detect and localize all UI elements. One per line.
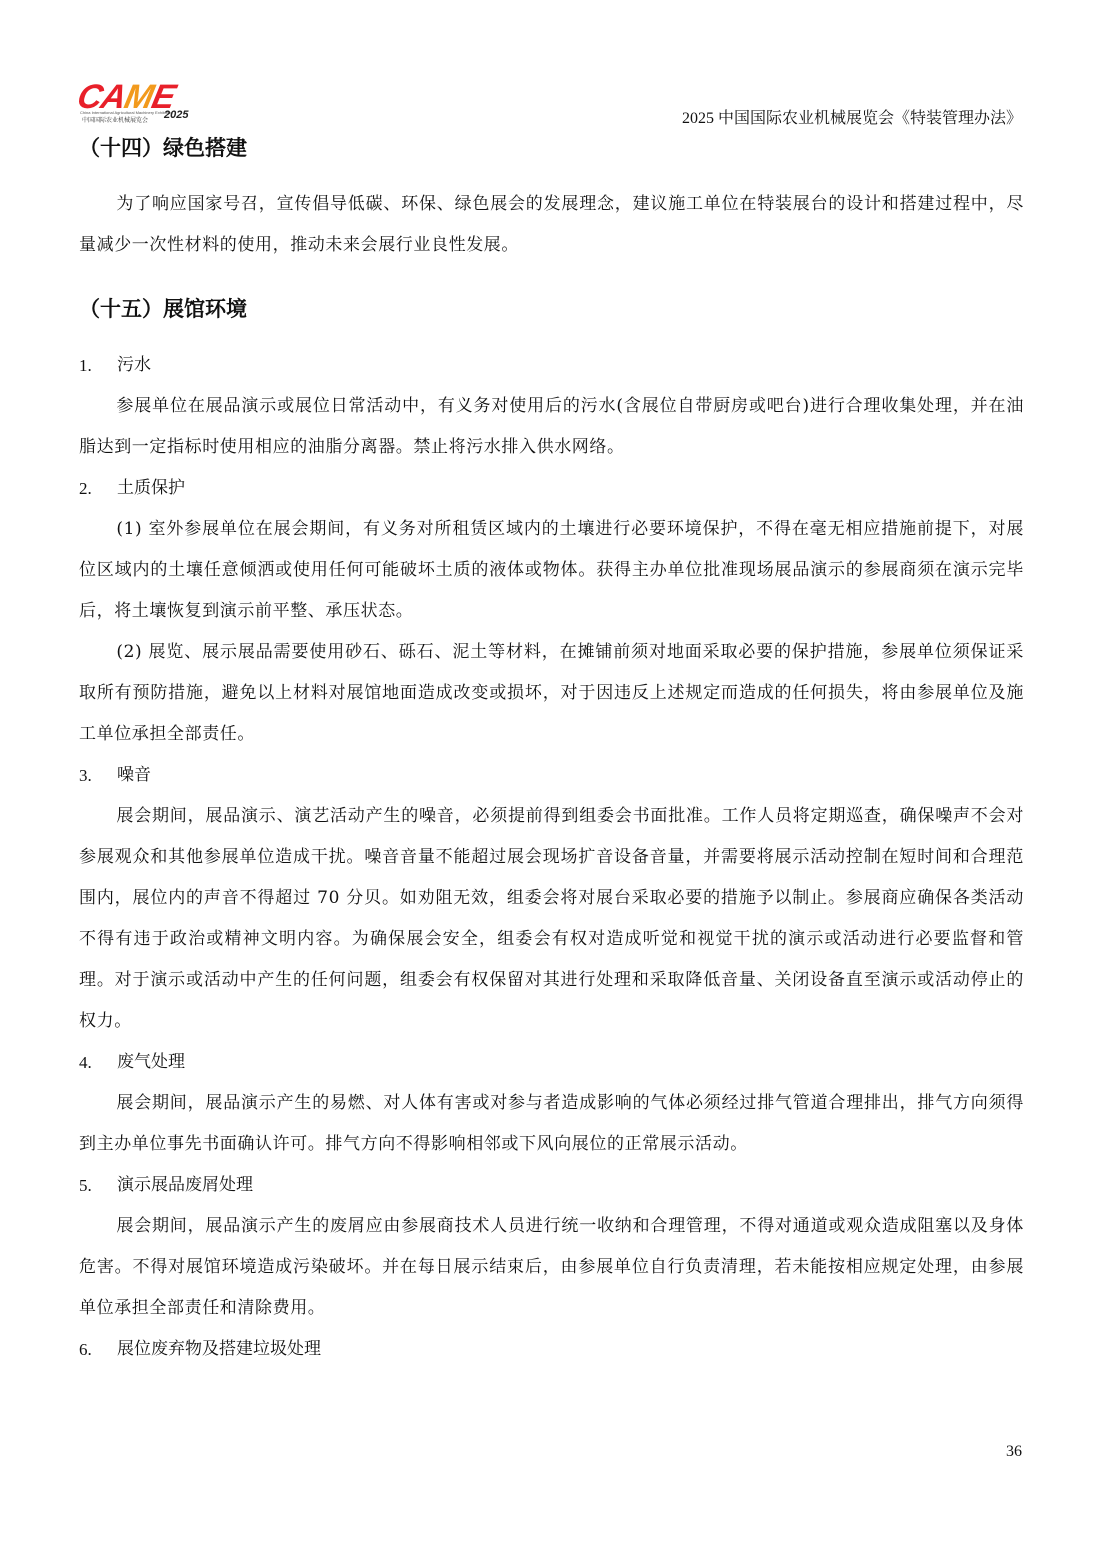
paragraph: (1) 室外参展单位在展会期间，有义务对所租赁区域内的土壤进行必要环境保护，不得… <box>79 509 1024 632</box>
paragraph: 展会期间，展品演示产生的废屑应由参展商技术人员进行统一收纳和合理管理，不得对通道… <box>79 1206 1024 1329</box>
paragraph: 为了响应国家号召，宣传倡导低碳、环保、绿色展会的发展理念，建议施工单位在特装展台… <box>79 184 1024 266</box>
list-number: 4. <box>79 1042 117 1083</box>
list-number: 3. <box>79 755 117 796</box>
section-heading-14: （十四）绿色搭建 <box>79 130 1024 166</box>
document-header-title: 2025 中国国际农业机械展览会《特装管理办法》 <box>682 105 1022 128</box>
list-item-heading: 4. 废气处理 <box>79 1042 1024 1083</box>
document-body: （十四）绿色搭建 为了响应国家号召，宣传倡导低碳、环保、绿色展会的发展理念，建议… <box>79 130 1024 1370</box>
paragraph: (2) 展览、展示展品需要使用砂石、砾石、泥土等材料，在摊铺前须对地面采取必要的… <box>79 632 1024 755</box>
list-title: 废气处理 <box>117 1042 185 1083</box>
list-item-heading: 6. 展位废弃物及搭建垃圾处理 <box>79 1329 1024 1370</box>
list-number: 6. <box>79 1329 117 1370</box>
list-title: 展位废弃物及搭建垃圾处理 <box>117 1329 321 1370</box>
came-logo: CAME China International Agricultural Ma… <box>78 80 196 122</box>
list-item-heading: 3. 噪音 <box>79 755 1024 796</box>
list-title: 土质保护 <box>117 468 185 509</box>
logo-year: 2025 <box>164 109 188 121</box>
list-item-heading: 2. 土质保护 <box>79 468 1024 509</box>
list-item-heading: 1. 污水 <box>79 345 1024 386</box>
list-title: 演示展品废屑处理 <box>117 1165 253 1206</box>
list-number: 1. <box>79 345 117 386</box>
paragraph: 展会期间，展品演示、演艺活动产生的噪音，必须提前得到组委会书面批准。工作人员将定… <box>79 796 1024 1042</box>
section-heading-15: （十五）展馆环境 <box>79 291 1024 327</box>
list-number: 2. <box>79 468 117 509</box>
paragraph: 展会期间，展品演示产生的易燃、对人体有害或对参与者造成影响的气体必须经过排气管道… <box>79 1083 1024 1165</box>
list-title: 污水 <box>117 345 151 386</box>
list-item-heading: 5. 演示展品废屑处理 <box>79 1165 1024 1206</box>
logo-wordmark: CAME <box>74 80 177 114</box>
paragraph: 参展单位在展品演示或展位日常活动中，有义务对使用后的污水(含展位自带厨房或吧台)… <box>79 386 1024 468</box>
page-number: 36 <box>1006 1443 1022 1461</box>
list-title: 噪音 <box>117 755 151 796</box>
logo-subtitle-cn: 中国国际农业机械展览会 <box>82 115 148 124</box>
list-number: 5. <box>79 1165 117 1206</box>
